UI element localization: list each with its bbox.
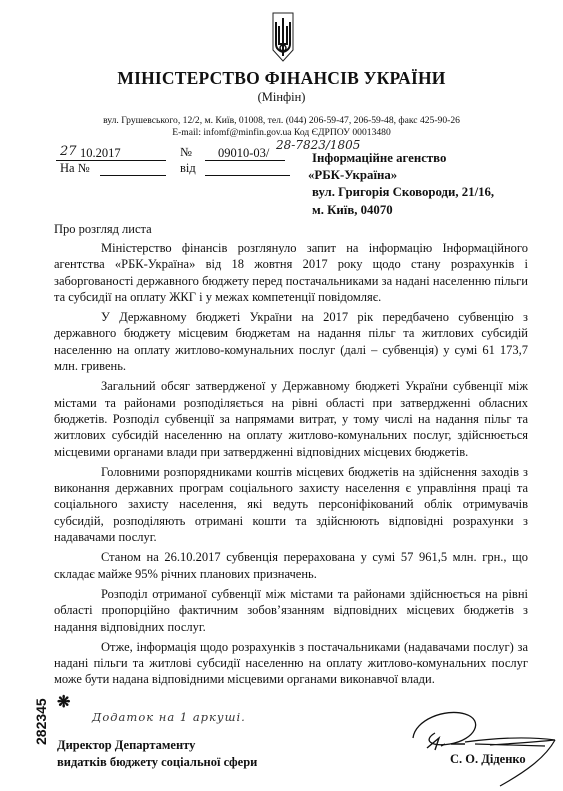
number-underline <box>205 160 285 161</box>
recipient-address: Інформаційне агенство «РБК-Україна» вул.… <box>312 150 494 219</box>
reply-number-underline <box>100 175 166 176</box>
date-printed: 10.2017 <box>80 146 121 161</box>
trident-coat-of-arms-icon <box>272 12 294 62</box>
body-paragraph: Головними розпорядниками коштів місцевих… <box>54 464 528 545</box>
letter-body: Міністерство фінансів розглянуло запит н… <box>54 240 528 692</box>
handwritten-signature-icon <box>405 700 563 790</box>
recipient-line: вул. Григорія Сковороди, 21/16, <box>312 184 494 201</box>
body-paragraph: Отже, інформація щодо розрахунків з пост… <box>54 639 528 688</box>
recipient-line: м. Київ, 04070 <box>312 202 494 219</box>
body-paragraph: Станом на 26.10.2017 субвенція перерахов… <box>54 549 528 582</box>
stamp-star-icon: ❋ <box>57 692 70 712</box>
reply-date-underline <box>205 175 290 176</box>
recipient-line: Інформаційне агенство <box>312 150 494 167</box>
signatory-title-line: Директор Департаменту <box>57 737 257 754</box>
outgoing-number: 09010-03/ <box>218 146 269 161</box>
handwritten-attachment-note: Додаток на 1 аркуші. <box>92 710 246 724</box>
signatory-title-line: видатків бюджету соціальної сфери <box>57 754 257 771</box>
body-paragraph: Розподіл отриманої субвенції між містами… <box>54 586 528 635</box>
body-paragraph: Міністерство фінансів розглянуло запит н… <box>54 240 528 305</box>
letter-subject: Про розгляд листа <box>54 222 152 237</box>
ministry-abbreviation: (Мінфін) <box>0 90 563 105</box>
ministry-contacts: E-mail: infomf@minfin.gov.ua Код ЄДРПОУ … <box>0 127 563 138</box>
reply-to-label: На № <box>60 161 90 176</box>
registration-stamp-number: 282345 <box>33 698 49 745</box>
body-paragraph: У Державному бюджеті України на 2017 рік… <box>54 309 528 374</box>
number-label: № <box>180 145 192 160</box>
from-label: від <box>180 161 196 176</box>
signatory-title: Директор Департаменту видатків бюджету с… <box>57 737 257 770</box>
date-day-handwritten: 27 <box>60 144 77 159</box>
signatory-name: С. О. Діденко <box>450 752 526 767</box>
ministry-name: МІНІСТЕРСТВО ФІНАНСІВ УКРАЇНИ <box>0 68 563 89</box>
ministry-address: вул. Грушевського, 12/2, м. Київ, 01008,… <box>0 115 563 126</box>
body-paragraph: Загальний обсяг затвердженої у Державном… <box>54 378 528 459</box>
recipient-line: «РБК-Україна» <box>308 167 494 184</box>
